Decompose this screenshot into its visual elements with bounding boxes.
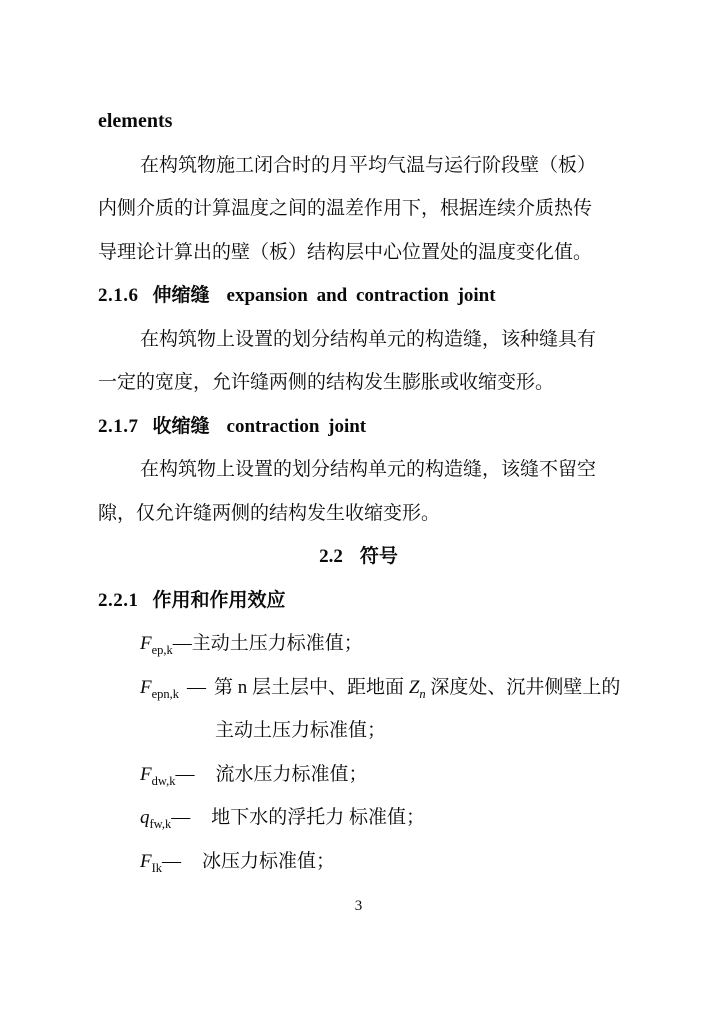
symbol-letter: F [140,677,152,698]
text-line: 一定的宽度，允许缝两侧的结构发生膨胀或收缩变形。 [98,361,619,405]
section-title: 作用和作用效应 [153,590,286,611]
symbol-description: 流水压力标准值； [215,764,367,785]
symbol-definition-row: Fep,k—主动土压力标准值； [98,622,619,666]
symbol-description: 主动土压力标准值； [192,633,363,654]
symbol-letter: F [140,851,152,872]
text-line: 导理论计算出的壁（板）结构层中心位置处的温度变化值。 [98,231,619,275]
symbol-subscript: fw,k [150,817,172,831]
section-number: 2.2.1 [98,590,139,611]
symbol-description: 深度处、沉井侧壁上的 [426,677,621,698]
document-page: elements 在构筑物施工闭合时的月平均气温与运行阶段壁（板） 内侧介质的计… [0,0,717,1012]
section-number: 2.1.7 [98,416,139,437]
term-chinese: 伸缩缝 [153,285,210,306]
section-heading-2-2-1: 2.2.1作用和作用效应 [98,579,619,623]
symbol-letter: F [140,633,152,654]
symbol-subscript: dw,k [152,774,176,788]
text-line: 隙，仅允许缝两侧的结构发生收缩变形。 [98,492,619,536]
symbol-description: 地下水的浮托力 标准值； [211,807,425,828]
symbol-subscript: Ik [152,861,162,875]
term-note-paragraph: 在构筑物施工闭合时的月平均气温与运行阶段壁（板） 内侧介质的计算温度之间的温差作… [98,144,619,275]
page-content: elements 在构筑物施工闭合时的月平均气温与运行阶段壁（板） 内侧介质的计… [98,100,619,883]
section-heading-2-1-6: 2.1.6伸缩缝expansion and contraction joint [98,274,619,318]
definition-paragraph: 在构筑物上设置的划分结构单元的构造缝，该种缝具有 一定的宽度，允许缝两侧的结构发… [98,318,619,405]
term-english: expansion and contraction joint [227,285,496,306]
symbol-subscript: ep,k [152,643,173,657]
section-number: 2.2 [319,546,343,567]
symbol-letter: q [140,807,150,828]
symbol-definition-row: Fdw,k—流水压力标准值； [98,753,619,797]
symbol-description: 冰压力标准值； [202,851,335,872]
text-line: 内侧介质的计算温度之间的温差作用下，根据连续介质热传 [98,187,619,231]
term-english-label: elements [98,100,619,144]
page-number: 3 [0,896,717,916]
em-dash: — [175,764,194,785]
symbol-definition-row: Fepn,k—第 n 层土层中、距地面 Zn 深度处、沉井侧壁上的 [98,666,619,710]
symbol-letter: F [140,764,152,785]
em-dash: — [162,851,181,872]
symbol-definition-row: FIk—冰压力标准值； [98,840,619,884]
symbol-description: 第 n 层土层中、距地面 [214,677,409,698]
symbol-letter: Z [409,677,420,698]
symbol-description-continuation: 主动土压力标准值； [98,709,619,753]
definition-paragraph: 在构筑物上设置的划分结构单元的构造缝，该缝不留空 隙，仅允许缝两侧的结构发生收缩… [98,448,619,535]
symbol-subscript: epn,k [152,687,179,701]
text-line: 在构筑物施工闭合时的月平均气温与运行阶段壁（板） [98,144,619,188]
em-dash: — [173,633,192,654]
em-dash: — [187,677,206,698]
section-heading-2-2: 2.2符号 [98,535,619,579]
em-dash: — [171,807,190,828]
symbol-definition-row: qfw,k—地下水的浮托力 标准值； [98,796,619,840]
section-title: 符号 [360,546,398,567]
text-line: 在构筑物上设置的划分结构单元的构造缝，该缝不留空 [98,448,619,492]
term-english: contraction joint [227,416,367,437]
term-chinese: 收缩缝 [153,416,210,437]
text-line: 在构筑物上设置的划分结构单元的构造缝，该种缝具有 [98,318,619,362]
section-heading-2-1-7: 2.1.7收缩缝contraction joint [98,405,619,449]
section-number: 2.1.6 [98,285,139,306]
